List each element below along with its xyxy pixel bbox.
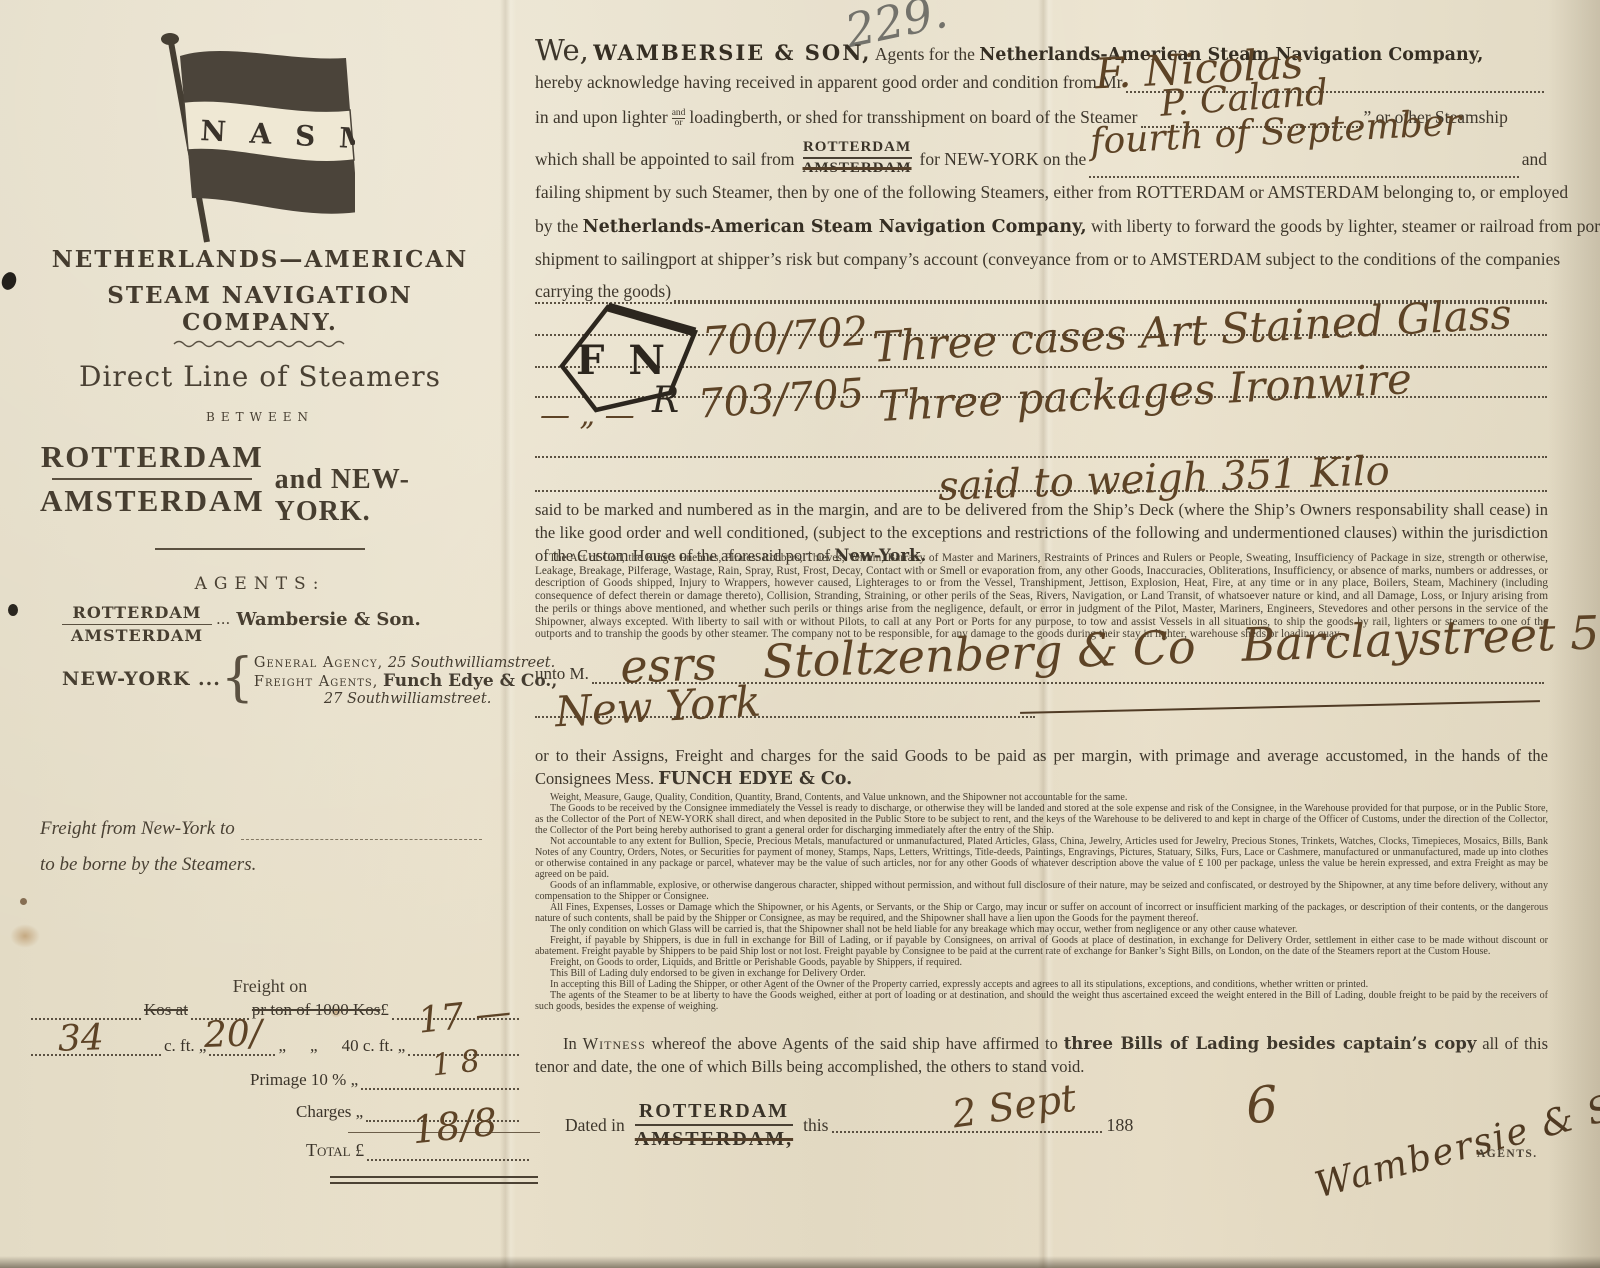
or-word: or bbox=[672, 119, 686, 128]
mark-letter-r: R bbox=[651, 380, 679, 420]
total-amount-handwritten: 18/8 bbox=[410, 1100, 499, 1153]
primage-label: Primage 10 % „ bbox=[250, 1070, 358, 1090]
clause-paragraph: The only condition on which Glass will b… bbox=[535, 924, 1548, 935]
total-label: Total £ bbox=[306, 1140, 364, 1161]
bill-of-lading-document: 229. N A S M NETHERLANDS—AMERICAN STEAM … bbox=[0, 0, 1600, 1268]
unto-label: unto M. bbox=[535, 664, 589, 684]
clause-paragraph: Weight, Measure, Gauge, Quality, Conditi… bbox=[535, 792, 1548, 803]
line6a-text: by the bbox=[535, 216, 578, 236]
port-rotterdam: ROTTERDAM bbox=[41, 436, 264, 478]
direct-line-heading: Direct Line of Steamers bbox=[40, 360, 480, 393]
ditto-quote: „ bbox=[278, 1036, 286, 1056]
line2-text: hereby acknowledge having received in ap… bbox=[535, 72, 1123, 93]
cargo-row1-numbers-handwritten: 700/702 bbox=[701, 308, 870, 365]
general-agency-address: 25 Southwilliamstreet. bbox=[388, 655, 555, 671]
dated-rotterdam: ROTTERDAM bbox=[635, 1098, 793, 1126]
agents-ports-stack: ROTTERDAM AMSTERDAM bbox=[62, 602, 212, 647]
clause-paragraph: Not accountable to any extent for Bullio… bbox=[535, 836, 1548, 880]
newyork-agents-lines: General Agency, 25 Southwilliamstreet. F… bbox=[254, 652, 557, 707]
company-name-line1: NETHERLANDS—AMERICAN bbox=[40, 246, 480, 273]
agents-row-rotterdam: ROTTERDAM AMSTERDAM ... Wambersie & Son. bbox=[62, 602, 421, 647]
freight-amount-handwritten: 17 — bbox=[416, 991, 513, 1042]
dated-in-label: Dated in bbox=[565, 1115, 625, 1136]
intro-line7: shipment to sailingport at shipper’s ris… bbox=[535, 249, 1547, 270]
consignee-city-handwritten: New York bbox=[554, 677, 762, 737]
line4b-text: for NEW-YORK on the bbox=[920, 149, 1087, 178]
company-name-line2: STEAM NAVIGATION COMPANY. bbox=[40, 282, 480, 336]
freight-agents-label: Freight Agents, bbox=[254, 674, 378, 690]
line6b-text: with liberty to forward the goods by lig… bbox=[1091, 216, 1600, 236]
charges-label: Charges „ bbox=[296, 1102, 363, 1122]
total-double-rule bbox=[330, 1176, 538, 1184]
agent-signature-handwritten: Wambersie & Son bbox=[1311, 1075, 1600, 1207]
line6-company-bold: Netherlands-American Steam Navigation Co… bbox=[583, 217, 1087, 237]
squiggle-divider bbox=[172, 338, 352, 348]
witness-rest: whereof the above Agents of the said shi… bbox=[646, 1034, 1064, 1053]
and-or-fraction: andor bbox=[672, 109, 686, 128]
clause-paragraph: In accepting this Bill of Lading the Shi… bbox=[535, 979, 1548, 990]
year-digit-handwritten: 6 bbox=[1244, 1075, 1280, 1135]
struck-kos-at: Kos at bbox=[144, 1000, 188, 1020]
clause-paragraph: Goods of an inflammable, explosive, or o… bbox=[535, 880, 1548, 902]
agents-caption: AGENTS. bbox=[1477, 1148, 1538, 1160]
port-amsterdam: AMSTERDAM bbox=[40, 480, 265, 522]
clause-paragraph: The agents of the Steamer to be at liber… bbox=[535, 990, 1548, 1012]
freight-on-heading: Freight on bbox=[40, 976, 500, 997]
intro-line2: hereby acknowledge having received in ap… bbox=[535, 72, 1547, 93]
dated-amsterdam-struck: AMSTERDAM, bbox=[635, 1126, 793, 1152]
clause-paragraph: This Bill of Lading duly endorsed to be … bbox=[535, 968, 1548, 979]
brace-glyph: { bbox=[221, 652, 254, 704]
intro-line6: by the Netherlands-American Steam Naviga… bbox=[535, 216, 1547, 237]
agents-row-newyork: NEW-YORK ... { General Agency, 25 Southw… bbox=[62, 652, 557, 707]
witness-in: In bbox=[563, 1034, 583, 1053]
freight-note-line1: Freight from New-York to bbox=[40, 818, 482, 840]
agents-port-newyork: NEW-YORK ... bbox=[62, 652, 221, 690]
agents-for-text: Agents for the bbox=[875, 44, 975, 64]
we-word: We, bbox=[535, 33, 589, 67]
this-label: this bbox=[803, 1115, 828, 1136]
pen-stroke bbox=[1020, 700, 1540, 714]
year-printed: 188 bbox=[1106, 1115, 1133, 1136]
paper-bottom-edge bbox=[0, 1256, 1600, 1268]
ports-stack: ROTTERDAM AMSTERDAM bbox=[40, 436, 265, 522]
small-print-clauses: Weight, Measure, Gauge, Quality, Conditi… bbox=[535, 792, 1548, 1012]
intro-line1: We, WAMBERSIE & SON, Agents for the Neth… bbox=[535, 33, 1547, 67]
ports-banner: ROTTERDAM AMSTERDAM and NEW-YORK. bbox=[40, 436, 480, 528]
assigns-paragraph: or to their Assigns, Freight and charges… bbox=[535, 744, 1548, 791]
agents-heading: AGENTS: bbox=[40, 574, 480, 594]
funch-edye-bold: FUNCH EDYE & Co. bbox=[658, 769, 852, 789]
fill-line bbox=[241, 823, 482, 840]
freight-agents-name: Funch Edye & Co., bbox=[383, 671, 557, 691]
line3b-text: loadingberth, or shed for transshipment … bbox=[689, 107, 1137, 128]
nasm-house-flag: N A S M bbox=[140, 28, 355, 250]
pound-sign: £ bbox=[380, 1000, 389, 1020]
intro-line5: failing shipment by such Steamer, then b… bbox=[535, 182, 1547, 203]
clause-paragraph: Freight, on Goods to order, Liquids, and… bbox=[535, 957, 1548, 968]
agents-port-amsterdam: AMSTERDAM bbox=[71, 625, 203, 647]
witness-word: Witness bbox=[583, 1034, 646, 1053]
agent-wambersie: Wambersie & Son. bbox=[236, 602, 420, 630]
stain bbox=[10, 924, 40, 948]
firm-name: WAMBERSIE & SON, bbox=[593, 40, 871, 65]
ink-spot bbox=[20, 898, 27, 905]
ink-spot bbox=[0, 270, 19, 292]
sail-from-stack: ROTTERDAM AMSTERDAM bbox=[803, 138, 912, 178]
leader-dots: ... bbox=[212, 602, 236, 628]
cft-unit: c. ft. „ bbox=[164, 1036, 206, 1056]
mark-letters-fn: F N bbox=[576, 337, 670, 384]
ditto-quote: „ bbox=[310, 1036, 318, 1056]
agents-port-rotterdam: ROTTERDAM bbox=[73, 602, 202, 624]
cargo-row2-numbers-handwritten: 703/705 bbox=[697, 370, 866, 427]
clause-paragraph: The Goods to be received by the Consigne… bbox=[535, 803, 1548, 836]
line4c-text: and bbox=[1522, 149, 1547, 178]
freight-qty-handwritten: 34 bbox=[57, 1017, 104, 1060]
ink-spot bbox=[8, 604, 18, 616]
clause-paragraph: Freight, if payable by Shippers, is due … bbox=[535, 935, 1548, 957]
sail-from-rotterdam: ROTTERDAM bbox=[803, 138, 912, 159]
freight-rate-handwritten: 20/ bbox=[203, 1013, 262, 1056]
primage-amount-handwritten: 1 8 bbox=[430, 1044, 481, 1084]
dated-place-stack: ROTTERDAM AMSTERDAM, bbox=[635, 1098, 793, 1152]
line3a-text: in and upon lighter bbox=[535, 107, 668, 128]
cargo-ditto-handwritten: — „ — bbox=[540, 398, 635, 433]
line4a-text: which shall be appointed to sail from bbox=[535, 149, 795, 178]
and-newyork: and NEW-YORK. bbox=[275, 436, 480, 528]
forty-cft-label: 40 c. ft. „ bbox=[342, 1036, 406, 1056]
struck-per-ton: pr ton of 1000 Kos bbox=[252, 1000, 380, 1020]
three-bills-bold: three Bills of Lading besides captain’s … bbox=[1064, 1034, 1477, 1053]
sail-from-amsterdam-struck: AMSTERDAM bbox=[803, 159, 912, 178]
between-label: BETWEEN bbox=[40, 410, 480, 424]
line8-text: carrying the goods) bbox=[535, 281, 671, 302]
general-agency-label: General Agency, bbox=[254, 655, 383, 671]
masthead-rule bbox=[155, 548, 365, 550]
freight-agents-address: 27 Southwilliamstreet. bbox=[254, 691, 557, 707]
witness-paragraph: In Witness whereof the above Agents of t… bbox=[535, 1032, 1548, 1078]
freight-note-line2: to be borne by the Steamers. bbox=[40, 854, 256, 876]
freight-note-text1: Freight from New-York to bbox=[40, 818, 235, 840]
clause-paragraph: All Fines, Expenses, Losses or Damage wh… bbox=[535, 902, 1548, 924]
primage-row: Primage 10 % „ bbox=[250, 1070, 522, 1090]
cargo-dotted-rule bbox=[535, 456, 1547, 458]
fill-dots bbox=[1089, 162, 1518, 178]
